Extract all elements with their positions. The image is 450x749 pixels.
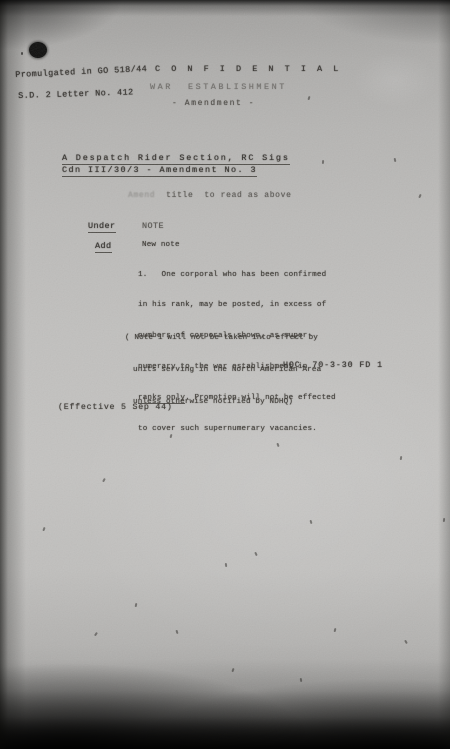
speckle bbox=[300, 678, 302, 682]
amendment-heading: - Amendment - bbox=[172, 99, 255, 108]
speckle bbox=[394, 158, 396, 162]
speckle bbox=[310, 520, 312, 524]
add-label-text: Add bbox=[95, 241, 112, 253]
note-line: 1. One corporal who has been confirmed bbox=[138, 270, 336, 280]
section-label-under: Under bbox=[88, 221, 116, 231]
bracket-note-line: ( Note 1 will not be taken into effect b… bbox=[125, 333, 321, 344]
file-reference: HQC. 70-3-30 FD 1 bbox=[283, 361, 383, 370]
war-establishment-heading: WAR ESTABLISHMENT bbox=[150, 82, 287, 92]
speckle bbox=[322, 160, 324, 164]
speckle bbox=[307, 96, 310, 100]
subject-title-text: A Despatch Rider Section, RC Sigs bbox=[62, 153, 290, 165]
speckle bbox=[175, 630, 178, 634]
instruction-line: Amend title to read as above bbox=[128, 191, 292, 200]
note-line: in his rank, may be posted, in excess of bbox=[138, 300, 336, 310]
speckle bbox=[231, 668, 234, 672]
under-label-text: Under bbox=[88, 221, 116, 233]
subject-reference: Cdn III/30/3 - Amendment No. 3 bbox=[62, 165, 257, 175]
speckle bbox=[102, 478, 105, 482]
ink-speck bbox=[21, 52, 23, 55]
speckle bbox=[135, 603, 137, 607]
speckle bbox=[42, 527, 45, 531]
instruction-faded-word: Amend bbox=[128, 191, 155, 200]
section-label-add: Add bbox=[95, 241, 112, 251]
speckle bbox=[225, 563, 227, 567]
scanned-document-page: Promulgated in GO 518/44 S.D. 2 Letter N… bbox=[0, 0, 450, 749]
instruction-text: title to read as above bbox=[155, 191, 291, 200]
speckle bbox=[254, 552, 257, 556]
speckle bbox=[94, 632, 98, 636]
speckle bbox=[400, 456, 402, 460]
subject-reference-text: Cdn III/30/3 - Amendment No. 3 bbox=[62, 165, 257, 177]
speckle bbox=[443, 518, 445, 522]
classification-heading: C O N F I D E N T I A L bbox=[155, 64, 341, 74]
section-value-add: New note bbox=[142, 241, 180, 249]
speckle bbox=[404, 640, 407, 644]
stamp-letter-number: S.D. 2 Letter No. 412 bbox=[18, 87, 134, 101]
subject-title: A Despatch Rider Section, RC Sigs bbox=[62, 153, 290, 163]
speckle bbox=[334, 628, 336, 632]
section-value-note: NOTE bbox=[142, 221, 164, 231]
punch-hole-mark bbox=[29, 42, 47, 58]
stamp-promulgated: Promulgated in GO 518/44 bbox=[15, 64, 147, 80]
speckle bbox=[418, 194, 421, 198]
effective-date: (Effective 5 Sep 44) bbox=[58, 403, 173, 412]
